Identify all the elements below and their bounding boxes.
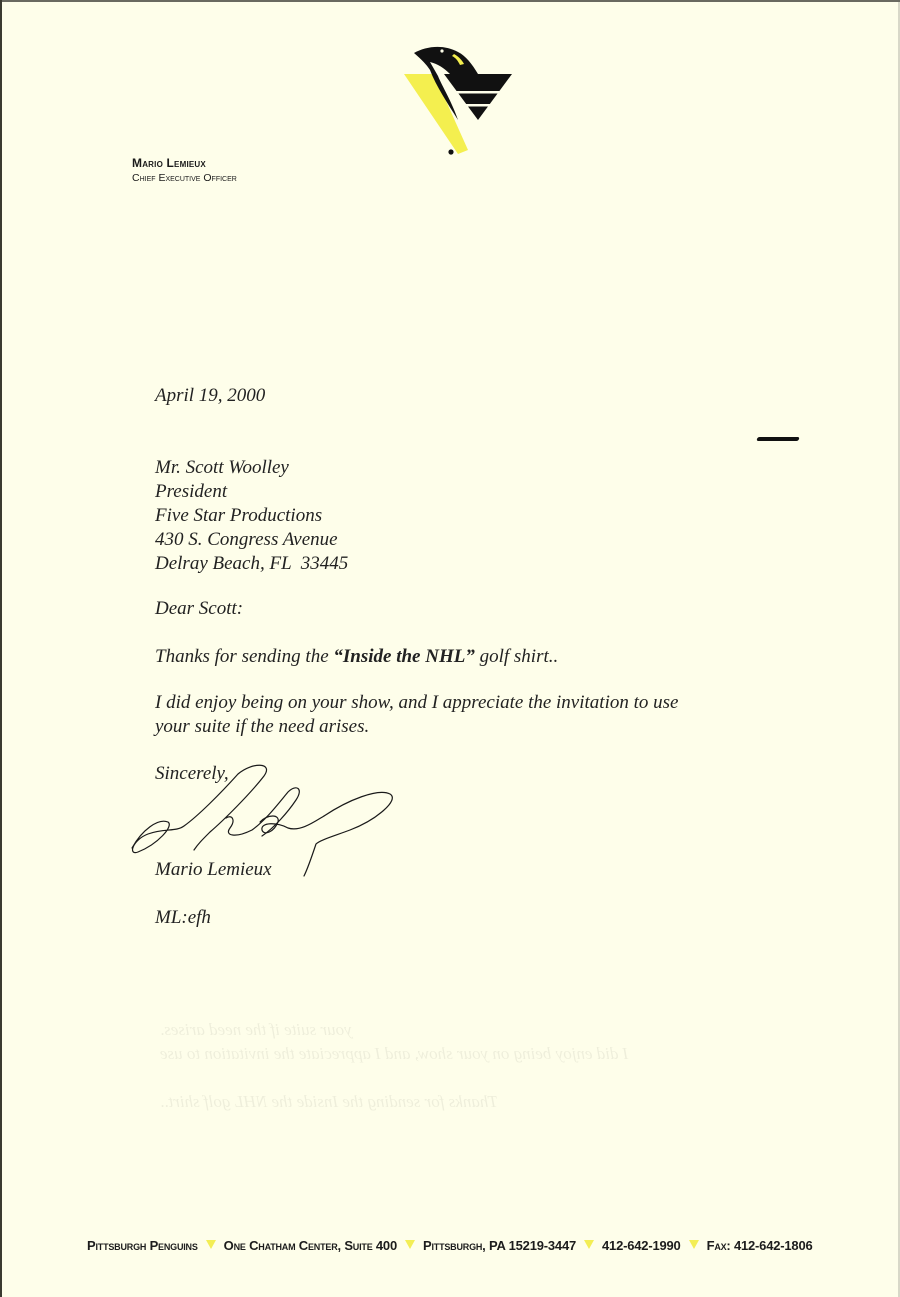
- bleed-through-text: Thanks for sending the Inside the NHL go…: [160, 1092, 498, 1112]
- recipient-address: Mr. Scott Woolley President Five Star Pr…: [155, 456, 348, 576]
- paragraph-appreciation: I did enjoy being on your show, and I ap…: [155, 691, 678, 739]
- letter-page: Mario Lemieux Chief Executive Officer Ap…: [0, 0, 900, 1297]
- paragraph-thanks-lead: Thanks for sending the: [155, 646, 333, 667]
- recipient-company: Five Star Productions: [155, 504, 348, 528]
- bleed-through-text: I did enjoy being on your show, and I ap…: [160, 1044, 628, 1064]
- footer-address: One Chatham Center, Suite 400: [224, 1238, 397, 1253]
- triangle-separator-icon: [206, 1240, 216, 1249]
- recipient-title: President: [155, 480, 348, 504]
- recipient-street: 430 S. Congress Avenue: [155, 528, 348, 552]
- triangle-separator-icon: [405, 1240, 415, 1249]
- penguin-logo-icon: [400, 42, 514, 156]
- paragraph-appreciation-line2: your suite if the need arises.: [155, 715, 678, 739]
- show-title-emphasis: “Inside the NHL”: [333, 646, 474, 667]
- reference-initials: ML:efh: [155, 906, 211, 930]
- footer-fax: Fax: 412-642-1806: [707, 1238, 813, 1253]
- recipient-city: Delray Beach, FL 33445: [155, 552, 348, 576]
- triangle-separator-icon: [584, 1240, 594, 1249]
- salutation: Dear Scott:: [155, 597, 243, 621]
- letter-date: April 19, 2000: [155, 384, 265, 408]
- letterhead-name: Mario Lemieux: [132, 156, 237, 170]
- triangle-separator-icon: [689, 1240, 699, 1249]
- recipient-name: Mr. Scott Woolley: [155, 456, 348, 480]
- paragraph-thanks-tail: golf shirt..: [475, 646, 558, 667]
- paragraph-appreciation-line1: I did enjoy being on your show, and I ap…: [155, 691, 678, 715]
- letterhead-footer: Pittsburgh PenguinsOne Chatham Center, S…: [87, 1238, 813, 1253]
- stray-ink-mark: [756, 437, 799, 441]
- paragraph-thanks: Thanks for sending the “Inside the NHL” …: [155, 645, 558, 669]
- footer-phone: 412-642-1990: [602, 1238, 681, 1253]
- signer-name: Mario Lemieux: [155, 858, 272, 882]
- letterhead-signatory: Mario Lemieux Chief Executive Officer: [132, 156, 237, 184]
- footer-organization: Pittsburgh Penguins: [87, 1238, 198, 1253]
- bleed-through-text: your suite if the need arises.: [160, 1020, 352, 1040]
- footer-city: Pittsburgh, PA 15219-3447: [423, 1238, 576, 1253]
- letterhead-title: Chief Executive Officer: [132, 172, 237, 184]
